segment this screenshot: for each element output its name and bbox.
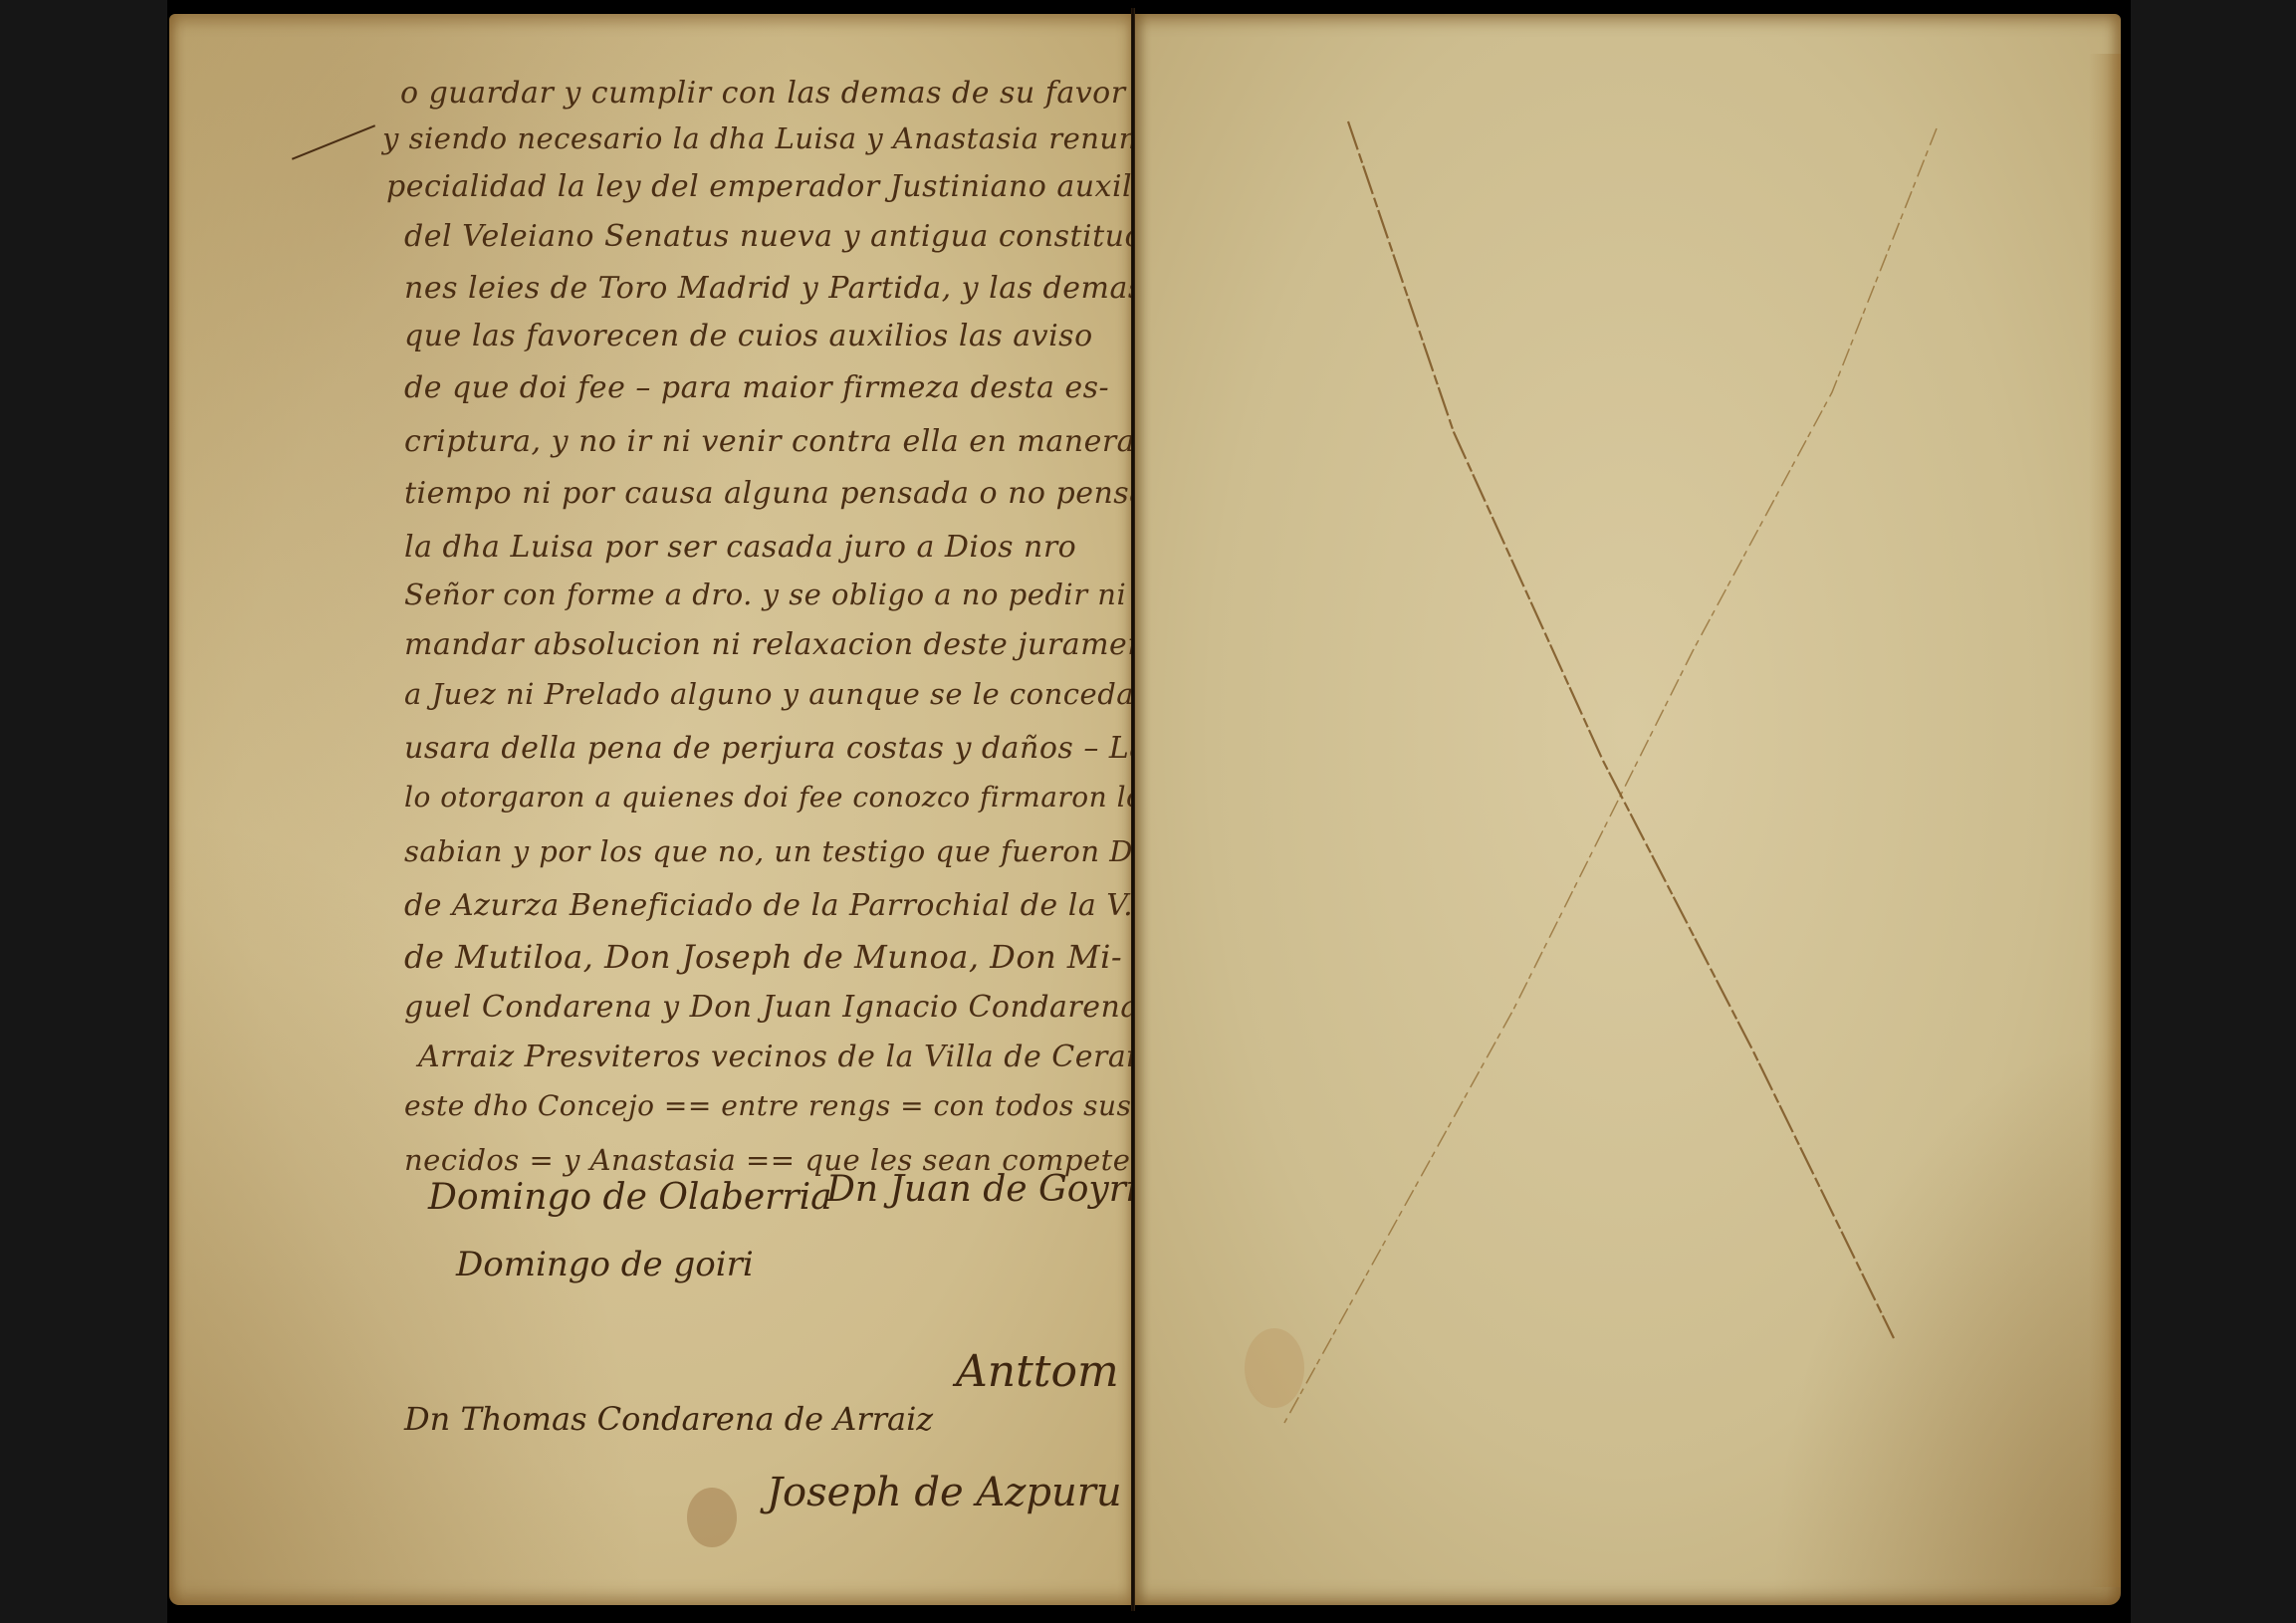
left-page: o guardar y cumplir con las demas de su … xyxy=(169,14,1131,1605)
text-line: Arraiz Presviteros vecinos de la Villa d… xyxy=(418,1040,1131,1074)
text-line: este dho Concejo == entre rengs = con to… xyxy=(404,1089,1131,1122)
text-line: Señor con forme a dro. y se obligo a no … xyxy=(404,578,1131,611)
manuscript-scan: o guardar y cumplir con las demas de su … xyxy=(167,0,2131,1623)
text-line: mandar absolucion ni relaxacion deste ju… xyxy=(404,627,1131,662)
text-line: la dha Luisa por ser casada juro a Dios … xyxy=(404,530,1076,565)
text-line: sabian y por los que no, un testigo que … xyxy=(404,834,1131,868)
text-line: tiempo ni por causa alguna pensada o no … xyxy=(404,476,1131,511)
text-line: guel Condarena y Don Juan Ignacio Condar… xyxy=(404,990,1131,1025)
text-line: lo otorgaron a quienes doi fee conozco f… xyxy=(404,781,1131,813)
text-line: usara della pena de perjura costas y dañ… xyxy=(404,731,1131,766)
text-line: o guardar y cumplir con las demas de su … xyxy=(400,76,1126,111)
diagonal-crease-left xyxy=(1348,121,1894,1338)
text-line: del Veleiano Senatus nueva y antigua con… xyxy=(404,219,1131,254)
text-line: pecialidad la ley del emperador Justinia… xyxy=(386,169,1131,204)
signature-domingo-de-goiri: Domingo de goiri xyxy=(456,1245,754,1284)
text-line: de que doi fee – para maior firmeza dest… xyxy=(404,370,1109,405)
text-line: de Mutiloa, Don Joseph de Munoa, Don Mi- xyxy=(404,938,1122,976)
text-line: de Azurza Beneficiado de la Parrochial d… xyxy=(404,888,1131,923)
right-page xyxy=(1135,14,2121,1605)
signature-juan-de-goyria: Dn Juan de Goyria xyxy=(826,1169,1131,1210)
text-line: criptura, y no ir ni venir contra ella e… xyxy=(404,424,1131,459)
signature-joseph-de-azpuru: Joseph de Azpuru xyxy=(767,1470,1122,1515)
image-viewer: o guardar y cumplir con las demas de su … xyxy=(0,0,2296,1623)
crease-lines xyxy=(1135,14,2121,1605)
signature-anttom: Anttom xyxy=(956,1346,1119,1397)
text-line: y siendo necesario la dha Luisa y Anasta… xyxy=(382,121,1131,155)
signature-domingo-de-olaberria: Domingo de Olaberria xyxy=(428,1177,832,1218)
signature-thomas-condarena: Dn Thomas Condarena de Arraiz xyxy=(404,1400,933,1438)
text-line: nes leies de Toro Madrid y Partida, y la… xyxy=(404,271,1131,306)
left-page-text: o guardar y cumplir con las demas de su … xyxy=(169,14,1131,1605)
text-line: a Juez ni Prelado alguno y aunque se le … xyxy=(404,677,1131,711)
text-line: que las favorecen de cuios auxilios las … xyxy=(404,319,1093,353)
